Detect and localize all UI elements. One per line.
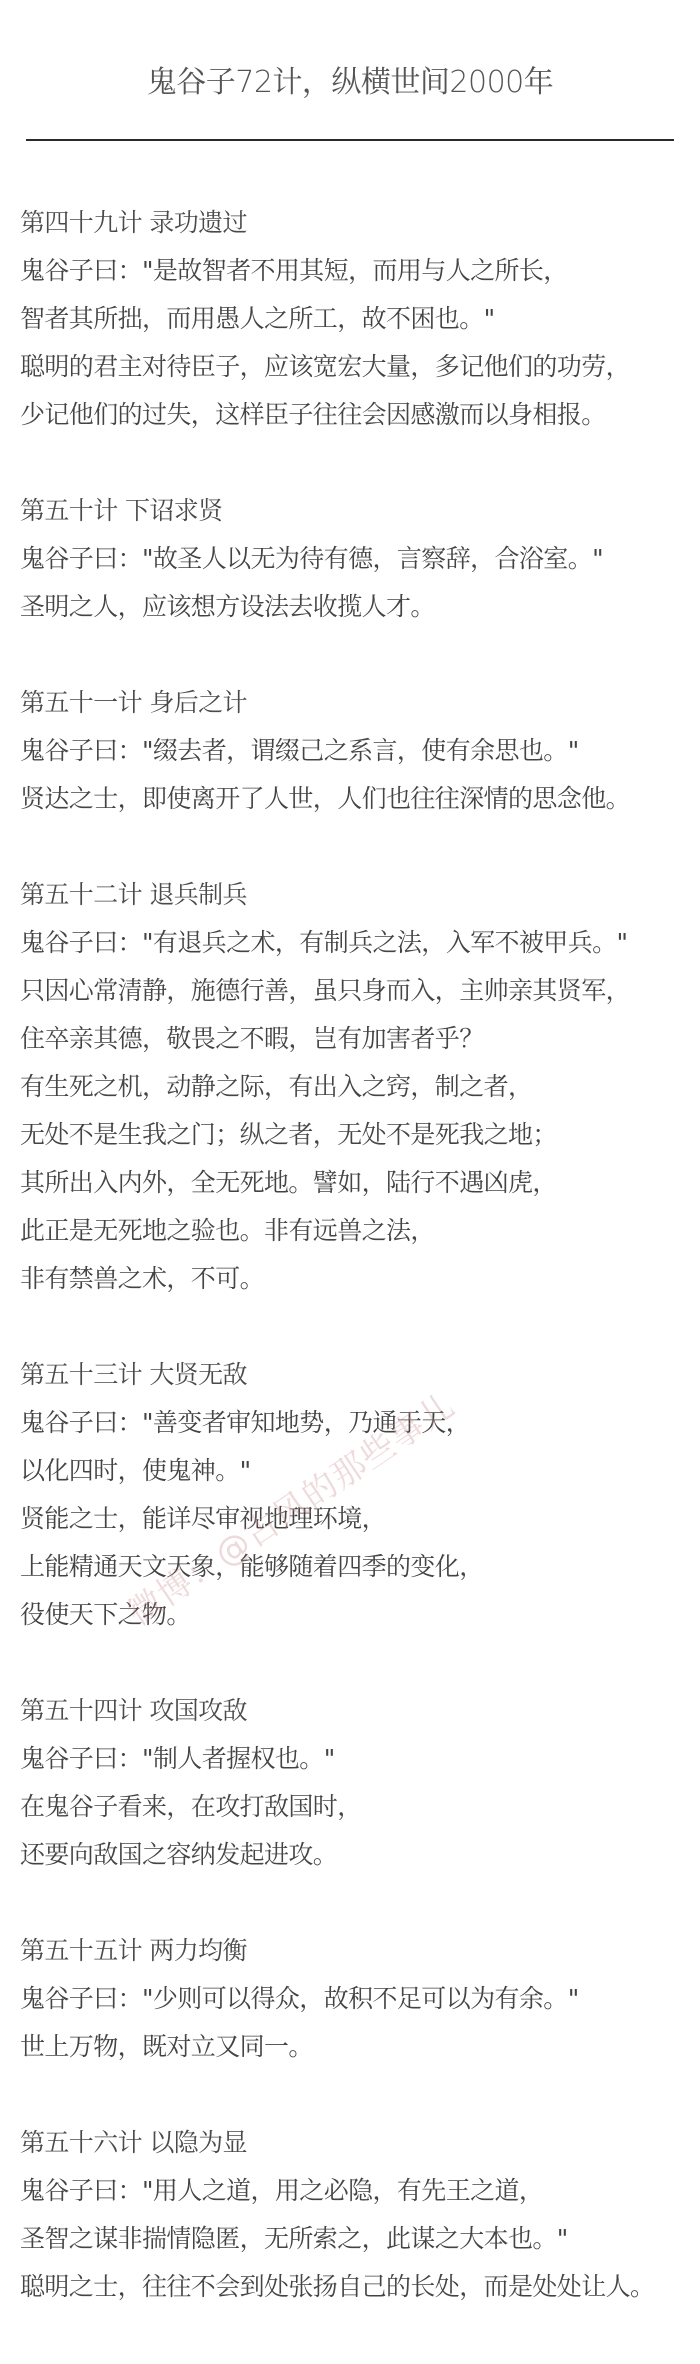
quote-line: 鬼谷子曰："缀去者，谓缀己之系言，使有余思也。": [20, 727, 700, 775]
section-heading: 第五十四计 攻国攻敌: [20, 1687, 700, 1735]
strategy-section: 第五十五计 两力均衡鬼谷子曰："少则可以得众，故积不足可以为有余。"世上万物，既…: [20, 1927, 700, 2071]
quote-line: 鬼谷子曰："制人者握权也。": [20, 1735, 700, 1783]
quote-line: 鬼谷子曰："有退兵之术，有制兵之法，入军不被甲兵。": [20, 919, 700, 967]
text-line: 其所出入内外，全无死地。譬如，陆行不遇凶虎，: [20, 1159, 700, 1207]
section-heading: 第五十计 下诏求贤: [20, 487, 700, 535]
text-line: 还要向敌国之容纳发起进攻。: [20, 1831, 700, 1879]
strategy-section: 第五十四计 攻国攻敌鬼谷子曰："制人者握权也。"在鬼谷子看来，在攻打敌国时，还要…: [20, 1687, 700, 1879]
text-line: 住卒亲其德，敬畏之不暇，岂有加害者乎？: [20, 1015, 700, 1063]
section-heading: 第五十二计 退兵制兵: [20, 871, 700, 919]
text-line: 无处不是生我之门；纵之者，无处不是死我之地；: [20, 1111, 700, 1159]
text-line: 在鬼谷子看来，在攻打敌国时，: [20, 1783, 700, 1831]
text-line: 贤达之士，即使离开了人世，人们也往往深情的思念他。: [20, 775, 700, 823]
title-divider: [26, 139, 674, 141]
text-line: 圣明之人，应该想方设法去收揽人才。: [20, 583, 700, 631]
text-line: 有生死之机，动静之际，有出入之窍，制之者，: [20, 1063, 700, 1111]
page-title: 鬼谷子72计，纵横世间2000年: [0, 64, 700, 102]
text-line: 此正是无死地之验也。非有远兽之法，: [20, 1207, 700, 1255]
section-heading: 第五十一计 身后之计: [20, 679, 700, 727]
text-line: 贤能之士，能详尽审视地理环境，: [20, 1495, 700, 1543]
text-line: 智者其所拙，而用愚人之所工，故不困也。": [20, 295, 700, 343]
text-line: 只因心常清静，施德行善，虽只身而入，主帅亲其贤军，: [20, 967, 700, 1015]
section-heading: 第五十五计 两力均衡: [20, 1927, 700, 1975]
quote-line: 鬼谷子曰："用人之道，用之必隐，有先王之道，: [20, 2167, 700, 2215]
section-heading: 第五十六计 以隐为显: [20, 2119, 700, 2167]
text-line: 上能精通天文天象，能够随着四季的变化，: [20, 1543, 700, 1591]
text-line: 世上万物，既对立又同一。: [20, 2023, 700, 2071]
text-line: 聪明之士，往往不会到处张扬自己的长处，而是处处让人。: [20, 2263, 700, 2311]
text-line: 非有禁兽之术，不可。: [20, 1255, 700, 1303]
article-body: 第四十九计 录功遗过鬼谷子曰："是故智者不用其短，而用与人之所长，智者其所拙，而…: [20, 199, 700, 2359]
section-heading: 第五十三计 大贤无敌: [20, 1351, 700, 1399]
strategy-section: 第五十六计 以隐为显鬼谷子曰："用人之道，用之必隐，有先王之道，圣智之谋非揣情隐…: [20, 2119, 700, 2311]
text-line: 聪明的君主对待臣子，应该宽宏大量，多记他们的功劳，: [20, 343, 700, 391]
strategy-section: 第五十一计 身后之计鬼谷子曰："缀去者，谓缀己之系言，使有余思也。"贤达之士，即…: [20, 679, 700, 823]
quote-line: 鬼谷子曰："少则可以得众，故积不足可以为有余。": [20, 1975, 700, 2023]
quote-line: 鬼谷子曰："故圣人以无为待有德，言察辞，合浴室。": [20, 535, 700, 583]
section-heading: 第四十九计 录功遗过: [20, 199, 700, 247]
quote-line: 鬼谷子曰："是故智者不用其短，而用与人之所长，: [20, 247, 700, 295]
strategy-section: 第四十九计 录功遗过鬼谷子曰："是故智者不用其短，而用与人之所长，智者其所拙，而…: [20, 199, 700, 439]
strategy-section: 第五十计 下诏求贤鬼谷子曰："故圣人以无为待有德，言察辞，合浴室。"圣明之人，应…: [20, 487, 700, 631]
text-line: 圣智之谋非揣情隐匿，无所索之，此谋之大本也。": [20, 2215, 700, 2263]
text-line: 少记他们的过失，这样臣子往往会因感激而以身相报。: [20, 391, 700, 439]
strategy-section: 第五十二计 退兵制兵鬼谷子曰："有退兵之术，有制兵之法，入军不被甲兵。"只因心常…: [20, 871, 700, 1303]
